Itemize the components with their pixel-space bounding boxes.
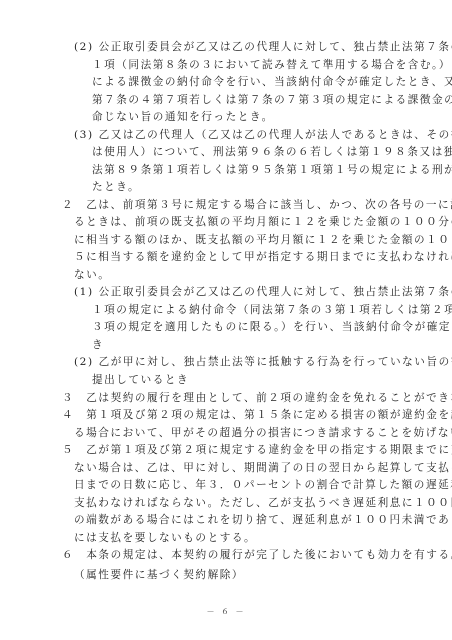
text-line: ６ 本条の規定は、本契約の履行が完了した後においても効力を有する。: [62, 548, 452, 562]
text-line: ２ 乙は、前項第３号に規定する場合に該当し、かつ、次の各号の一に該当す: [62, 198, 452, 212]
text-line: １項（同法第８条の３において読み替えて準用する場合を含む。）の規定: [92, 58, 452, 72]
text-line: ない場合は、乙は、甲に対し、期間満了の日の翌日から起算して支払をする: [74, 461, 452, 475]
text-line: き: [92, 338, 104, 352]
text-line: ３ 乙は契約の履行を理由として、前２項の違約金を免れることができない。: [62, 391, 452, 405]
text-line: る場合において、甲がその超過分の損害につき請求することを妨げない。: [74, 426, 452, 440]
text-line: (1) 公正取引委員会が乙又は乙の代理人に対して、独占禁止法第７条の２第: [74, 285, 452, 299]
text-line: ４ 第１項及び第２項の規定は、第１５条に定める損害の額が違約金を超過す: [62, 408, 452, 422]
text-line: に相当する額のほか、既支払額の平均月額に１２を乗じた金額の１００分の: [74, 233, 452, 247]
section-heading: （属性要件に基づく契約解除）: [74, 568, 244, 582]
text-line: には支払を要しないものとする。: [74, 531, 256, 545]
text-line: (3) 乙又は乙の代理人（乙又は乙の代理人が法人であるときは、その役員又: [74, 128, 452, 142]
text-line: (2) 公正取引委員会が乙又は乙の代理人に対して、独占禁止法第７条の２第: [74, 40, 452, 54]
text-line: ない。: [74, 268, 110, 282]
text-line: による課徴金の納付命令を行い、当該納付命令が確定したとき、又は同法: [92, 75, 452, 89]
text-line: 支払わなければならない。ただし、乙が支払うべき遅延利息に１００円未満: [74, 496, 452, 510]
text-line: の端数がある場合にはこれを切り捨て、遅延利息が１００円未満である場合: [74, 513, 452, 527]
text-line: ５ 乙が第１項及び第２項に規定する違約金を甲の指定する期限までに支払わ: [62, 443, 452, 457]
text-line: 提出しているとき: [92, 373, 189, 387]
text-line: (2) 乙が甲に対し、独占禁止法等に抵触する行為を行っていない旨の誓約書を: [74, 355, 452, 369]
text-line: るときは、前項の既支払額の平均月額に１２を乗じた金額の１００分の１０: [74, 215, 452, 229]
text-line: 日までの日数に応じ、年３．０パーセントの割合で計算した額の遅延利息を: [74, 478, 452, 492]
text-line: たとき。: [92, 180, 140, 194]
text-line: 法第８９条第１項若しくは第９５条第１項第１号の規定による刑が確定し: [92, 163, 452, 177]
text-line: 命じない旨の通知を行ったとき。: [92, 110, 274, 124]
text-line: 第７条の４第７項若しくは第７条の７第３項の規定による課徴金の納付を: [92, 93, 452, 107]
page-number: － ６ －: [0, 606, 452, 617]
text-line: は使用人）について、刑法第９６条の６若しくは第１９８条又は独占禁止: [92, 145, 452, 159]
text-line: １項の規定による納付命令（同法第７条の３第１項若しくは第２項又は第: [92, 303, 452, 317]
text-line: ３項の規定を適用したものに限る。）を行い、当該納付命令が確定したと: [92, 320, 452, 334]
text-line: ５に相当する額を違約金として甲が指定する期日までに支払わなければなら: [74, 250, 452, 264]
document-page: (2) 公正取引委員会が乙又は乙の代理人に対して、独占禁止法第７条の２第１項（同…: [0, 0, 452, 640]
